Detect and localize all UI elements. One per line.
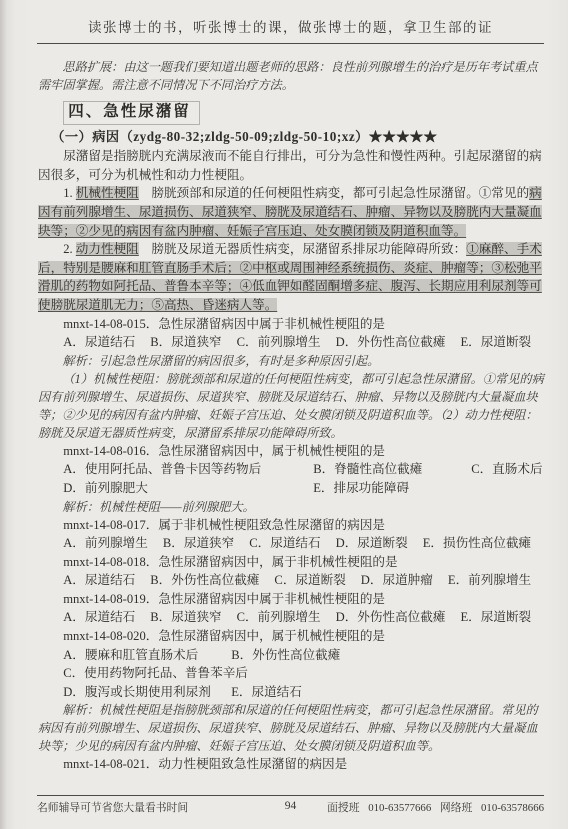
option-row: D．腹泻或长期使用利尿剂E．尿道结石	[38, 683, 544, 702]
question-stem: mnxt-14-08-019．急性尿潴留病因中属于非机械性梗阻的是	[38, 590, 544, 609]
section-heading: 四、急性尿潴留	[63, 101, 200, 125]
answer-option: B．外伤性高位截瘫	[231, 646, 369, 665]
question-021: mnxt-14-08-021．动力性梗阻致急性尿潴留的病因是	[38, 755, 544, 774]
answer-option: E．尿道结石	[231, 683, 369, 702]
answer-option: D．尿道肿瘤	[361, 571, 433, 590]
header-slogan: 读张博士的书，听张博士的课，做张博士的题，拿卫生部的证	[88, 20, 493, 35]
option-row: A．前列腺增生B．尿道狭窄C．尿道结石D．尿道断裂E．损伤性高位截瘫	[38, 534, 544, 553]
page-content: 思路扩展：由这一题我们要知道出题老师的思路：良性前列腺增生的治疗是历年考试重点需…	[38, 58, 544, 774]
option-row: D．前列腺肥大E．排尿功能障碍	[38, 479, 544, 498]
answer-option: E．前列腺增生	[448, 571, 531, 590]
answer-option: A．腰麻和肛管直肠术后	[63, 646, 231, 665]
option-row: A．尿道结石B．外伤性高位截瘫C．尿道断裂D．尿道肿瘤E．前列腺增生	[38, 571, 544, 590]
question-stem: mnxt-14-08-015．急性尿潴留病因中属于非机械性梗阻的是	[38, 315, 544, 334]
answer-option: E．损伤性高位截瘫	[423, 534, 531, 553]
question-019: mnxt-14-08-019．急性尿潴留病因中属于非机械性梗阻的是A．尿道结石B…	[38, 590, 544, 627]
answer-option: C．前列腺增生	[237, 608, 321, 627]
option-row: A．使用阿托品、普鲁卡因等药物后B．脊髓性高位截瘫C．直肠术后	[38, 460, 544, 479]
analysis-paragraph: 解析：引起急性尿潴留的病因很多，有时是多种原因引起。	[38, 352, 544, 370]
text-run: 膀胱颈部和尿道的任何梗阻性病变，都可引起急性尿潴留。①常见的	[139, 186, 529, 200]
question-stem: mnxt-14-08-016．急性尿潴留病因中，属于机械性梗阻的是	[38, 442, 544, 461]
question-020: mnxt-14-08-020．急性尿潴留病因中，属于机械性梗阻的是A．腰麻和肛管…	[38, 627, 544, 755]
question-018: mnxt-14-08-018．急性尿潴留病因中，属于非机械性梗阻的是A．尿道结石…	[38, 553, 544, 590]
answer-option: B．脊髓性高位截瘫	[313, 460, 471, 479]
answer-option: B．尿道狭窄	[163, 534, 234, 553]
question-stem: mnxt-14-08-020．急性尿潴留病因中，属于机械性梗阻的是	[38, 627, 544, 646]
analysis-paragraph: （1）机械性梗阻：膀胱颈部和尿道的任何梗阻性病变，都可引起急性尿潴留。①常见的病…	[38, 370, 544, 442]
answer-option: A．使用阿托品、普鲁卡因等药物后	[63, 460, 313, 479]
answer-option: C．尿道结石	[249, 534, 320, 553]
section-heading-row: 四、急性尿潴留	[38, 101, 544, 125]
question-017: mnxt-14-08-017．属于非机械性梗阻致急性尿潴留的病因是A．前列腺增生…	[38, 516, 544, 553]
question-stem: mnxt-14-08-017．属于非机械性梗阻致急性尿潴留的病因是	[38, 516, 544, 535]
answer-option: C．使用药物阿托品、普鲁苯辛后	[63, 664, 248, 683]
questions-list: mnxt-14-08-015．急性尿潴留病因中属于非机械性梗阻的是A．尿道结石B…	[38, 315, 544, 775]
scanned-page: 读张博士的书，听张博士的课，做张博士的题，拿卫生部的证 思路扩展：由这一题我们要…	[0, 0, 568, 829]
dynamic-obstruction-paragraph: 2. 动力性梗阻 膀胱及尿道无器质性病变，尿潴留系排尿功能障碍所致：①麻醉、手术…	[38, 240, 544, 314]
answer-option: E．尿道断裂	[460, 608, 531, 627]
face-class-label: 面授班	[327, 802, 359, 814]
answer-option: A．尿道结石	[63, 608, 135, 627]
answer-option: B．尿道狭窄	[150, 608, 221, 627]
net-class-label: 网络班	[440, 802, 472, 814]
answer-option: D．外伤性高位截瘫	[336, 333, 446, 352]
answer-option: A．尿道结石	[63, 571, 135, 590]
question-015: mnxt-14-08-015．急性尿潴留病因中属于非机械性梗阻的是A．尿道结石B…	[38, 315, 544, 442]
option-row: A．腰麻和肛管直肠术后B．外伤性高位截瘫C．使用药物阿托品、普鲁苯辛后	[38, 646, 544, 683]
answer-option: C．前列腺增生	[237, 333, 321, 352]
intro-paragraph: 尿潴留是指膀胱内充满尿液而不能自行排出，可分为急性和慢性两种。引起尿潴留的病因很…	[38, 147, 544, 184]
page-header: 读张博士的书，听张博士的课，做张博士的题，拿卫生部的证	[37, 16, 544, 44]
highlighted-text: 机械性梗阻	[76, 186, 139, 200]
page-footer: 名师辅导可节省您大量看书时间 94 面授班 010-63577666 网络班 0…	[37, 795, 544, 815]
text-run: 1.	[63, 186, 76, 200]
analysis-paragraph: 解析：机械性梗阻——前列腺肥大。	[38, 498, 544, 516]
note-expansion-paragraph: 思路扩展：由这一题我们要知道出题老师的思路：良性前列腺增生的治疗是历年考试重点需…	[38, 58, 544, 94]
answer-option: D．腹泻或长期使用利尿剂	[63, 683, 231, 702]
highlighted-text: 动力性梗阻	[76, 242, 139, 256]
question-016: mnxt-14-08-016．急性尿潴留病因中，属于机械性梗阻的是A．使用阿托品…	[38, 442, 544, 516]
answer-option: E．尿道断裂	[460, 333, 531, 352]
footer-contacts: 面授班 010-63577666 网络班 010-63578666	[321, 800, 544, 815]
answer-option: A．前列腺增生	[63, 534, 148, 553]
face-class-phone: 010-63577666	[368, 802, 431, 814]
answer-option: C．直肠术后	[471, 460, 542, 479]
answer-option: D．尿道断裂	[336, 534, 408, 553]
answer-option: D．外伤性高位截瘫	[336, 608, 446, 627]
answer-option: D．前列腺肥大	[63, 479, 313, 498]
answer-option: E．排尿功能障碍	[313, 479, 471, 498]
answer-option: B．尿道狭窄	[150, 333, 221, 352]
option-row: A．尿道结石B．尿道狭窄C．前列腺增生D．外伤性高位截瘫E．尿道断裂	[38, 608, 544, 627]
page-number: 94	[285, 800, 297, 812]
answer-option: C．尿道断裂	[274, 571, 345, 590]
answer-option: B．外伤性高位截瘫	[150, 571, 259, 590]
text-run: 膀胱及尿道无器质性病变，尿潴留系排尿功能障碍所致：	[139, 242, 466, 256]
net-class-phone: 010-63578666	[481, 802, 544, 814]
answer-option: A．尿道结石	[63, 333, 135, 352]
option-row: A．尿道结石B．尿道狭窄C．前列腺增生D．外伤性高位截瘫E．尿道断裂	[38, 333, 544, 352]
question-stem: mnxt-14-08-021．动力性梗阻致急性尿潴留的病因是	[38, 755, 544, 774]
text-run: 2.	[63, 242, 76, 256]
mechanical-obstruction-paragraph: 1. 机械性梗阻 膀胱颈部和尿道的任何梗阻性病变，都可引起急性尿潴留。①常见的病…	[38, 184, 544, 240]
question-stem: mnxt-14-08-018．急性尿潴留病因中，属于非机械性梗阻的是	[38, 553, 544, 572]
footer-slogan: 名师辅导可节省您大量看书时间	[37, 800, 188, 815]
analysis-paragraph: 解析：机械性梗阻是指膀胱颈部和尿道的任何梗阻性病变，都可引起急性尿潴留。常见的病…	[38, 701, 544, 755]
section-subheading: （一）病因（zydg-80-32;zldg-50-09;zldg-50-10;x…	[38, 128, 544, 147]
